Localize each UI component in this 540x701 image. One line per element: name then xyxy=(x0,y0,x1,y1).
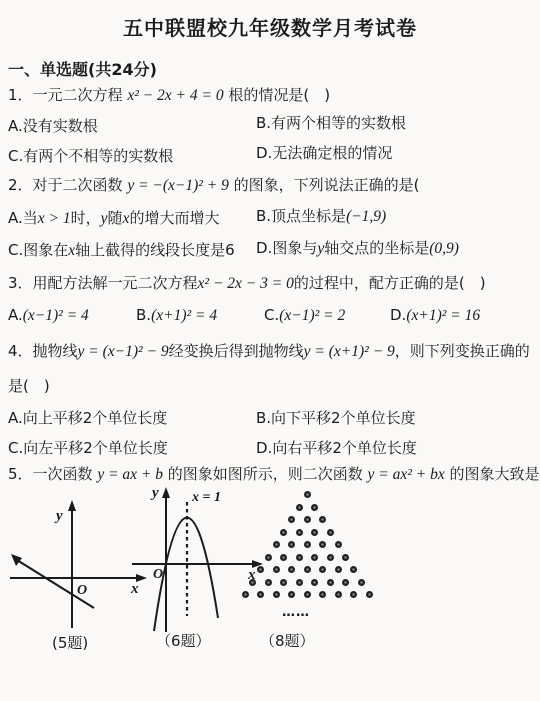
question-4-stem-line1: 4．抛物线y = (x−1)² − 9经变换后得到抛物线y = (x+1)² −… xyxy=(8,340,530,361)
text-segment: A.当 xyxy=(8,209,38,227)
math-segment: (x−1)² = 4 xyxy=(23,307,89,324)
question-1-stem: 1．一元二次方程 x² − 2x + 4 = 0 根的情况是( ) xyxy=(8,84,330,105)
question-2-stem: 2．对于二次函数 y = −(x−1)² + 9 的图象，下列说法正确的是( xyxy=(8,174,420,195)
dot-icon xyxy=(280,579,287,586)
question-3-option-a: A.(x−1)² = 4 xyxy=(8,306,89,325)
question-1-option-b: B.有两个相等的实数根 xyxy=(256,112,406,133)
text-segment: 是( ) xyxy=(8,377,50,395)
text-segment: 轴上截得的线段长度是6 xyxy=(75,241,235,259)
math-segment: (x−1)² = 2 xyxy=(279,307,345,324)
dot-icon xyxy=(288,541,295,548)
dot-icon xyxy=(319,516,326,523)
dot-icon xyxy=(358,579,365,586)
math-segment: y = ax + b xyxy=(97,466,163,483)
question-2-option-c: C.图象在x轴上截得的线段长度是6 xyxy=(8,239,235,260)
fig6-caption: （6题） xyxy=(156,630,211,651)
dot-icon xyxy=(257,591,264,598)
text-segment: B. xyxy=(136,306,151,324)
dot-icon xyxy=(304,516,311,523)
dot-icon xyxy=(319,591,326,598)
dot-icon xyxy=(335,541,342,548)
text-segment: A.没有实数根 xyxy=(8,117,98,135)
text-segment: C. xyxy=(264,306,279,324)
text-segment: D.向右平移2个单位长度 xyxy=(256,439,417,457)
question-5-stem: 5．一次函数 y = ax + b 的图象如图所示，则二次函数 y = ax² … xyxy=(8,463,540,484)
exam-page: 五中联盟校九年级数学月考试卷 一、单选题(共24分) 1．一元二次方程 x² −… xyxy=(0,0,540,701)
math-segment: (x+1)² = 4 xyxy=(151,307,217,324)
math-segment: x² − 2x − 3 = 0 xyxy=(198,275,294,292)
dot-row xyxy=(273,541,342,548)
text-segment: 轴交点的坐标是 xyxy=(324,239,429,257)
text-segment: 的过程中，配方正确的是( ) xyxy=(294,274,486,292)
page-title: 五中联盟校九年级数学月考试卷 xyxy=(0,12,540,41)
math-segment: x > 1 xyxy=(38,210,71,227)
dot-icon xyxy=(342,554,349,561)
dot-icon xyxy=(257,566,264,573)
text-segment: ，则下列变换正确的 xyxy=(395,342,530,360)
math-segment: y = −(x−1)² + 9 xyxy=(127,177,229,194)
question-2-option-b: B.顶点坐标是(−1,9) xyxy=(256,205,386,226)
text-segment: A.向上平移2个单位长度 xyxy=(8,409,167,427)
fig6-origin-label: O xyxy=(153,567,163,582)
text-segment: A. xyxy=(8,306,23,324)
dot-icon xyxy=(311,554,318,561)
dot-icon xyxy=(319,541,326,548)
dot-icon xyxy=(350,566,357,573)
text-segment: B.顶点坐标是 xyxy=(256,207,346,225)
text-segment: C.图象在 xyxy=(8,241,68,259)
dot-row xyxy=(257,566,357,573)
text-segment: 经变换后得到抛物线 xyxy=(169,342,304,360)
fig6-y-axis-arrow-icon xyxy=(162,487,170,498)
math-segment: (x+1)² = 16 xyxy=(406,307,480,324)
question-2-option-d: D.图象与y轴交点的坐标是(0,9) xyxy=(256,237,459,258)
dot-row xyxy=(280,529,334,536)
fig8-ellipsis: …… xyxy=(282,605,310,620)
fig5-y-axis-arrow-icon xyxy=(68,500,76,511)
figure-question8-dot-triangle xyxy=(236,491,378,598)
text-segment: 5．一次函数 xyxy=(8,465,97,483)
fig5-caption: (5题) xyxy=(52,632,88,653)
dot-icon xyxy=(311,529,318,536)
dot-icon xyxy=(296,529,303,536)
question-3-option-b: B.(x+1)² = 4 xyxy=(136,306,217,325)
math-segment: y = (x−1)² − 9 xyxy=(78,343,169,360)
question-4-option-d: D.向右平移2个单位长度 xyxy=(256,437,417,458)
question-1-option-c: C.有两个不相等的实数根 xyxy=(8,145,173,166)
dot-icon xyxy=(304,541,311,548)
dot-icon xyxy=(304,566,311,573)
text-segment: 的图象大致是( ) xyxy=(445,465,540,483)
dot-icon xyxy=(327,529,334,536)
text-segment: 的图象，下列说法正确的是( xyxy=(229,176,420,194)
dot-icon xyxy=(311,579,318,586)
dot-icon xyxy=(288,516,295,523)
dot-icon xyxy=(249,579,256,586)
dot-icon xyxy=(304,491,311,498)
math-segment: y = ax² + bx xyxy=(368,466,445,483)
dot-icon xyxy=(296,504,303,511)
dot-row xyxy=(242,591,373,598)
fig5-line-arrow-icon xyxy=(11,554,22,566)
text-segment: 随 xyxy=(108,209,123,227)
text-segment: 1．一元二次方程 xyxy=(8,86,127,104)
dot-icon xyxy=(265,554,272,561)
dot-icon xyxy=(288,591,295,598)
dot-row xyxy=(265,554,350,561)
question-4-option-b: B.向下平移2个单位长度 xyxy=(256,407,416,428)
text-segment: C.有两个不相等的实数根 xyxy=(8,147,173,165)
question-3-option-c: C.(x−1)² = 2 xyxy=(264,306,345,325)
dot-icon xyxy=(304,591,311,598)
math-segment: x² − 2x + 4 = 0 xyxy=(127,87,223,104)
fig5-y-axis-label: y xyxy=(54,508,63,524)
text-segment: 的图象如图所示，则二次函数 xyxy=(163,465,368,483)
math-segment: y xyxy=(101,210,108,227)
math-segment: y = (x+1)² − 9 xyxy=(304,343,395,360)
dot-icon xyxy=(296,579,303,586)
text-segment: C.向左平移2个单位长度 xyxy=(8,439,168,457)
dot-row xyxy=(296,504,319,511)
dot-icon xyxy=(319,566,326,573)
question-4-stem-line2: 是( ) xyxy=(8,375,50,396)
question-4-option-a: A.向上平移2个单位长度 xyxy=(8,407,167,428)
dot-row xyxy=(304,491,311,498)
fig6-y-axis-label: y xyxy=(150,485,159,501)
question-1-option-d: D.无法确定根的情况 xyxy=(256,142,392,163)
text-segment: B.有两个相等的实数根 xyxy=(256,114,406,132)
dot-icon xyxy=(366,591,373,598)
question-2-option-a: A.当x > 1时，y随x的增大而增大 xyxy=(8,207,219,228)
fig8-caption: （8题） xyxy=(260,630,315,651)
dot-icon xyxy=(342,579,349,586)
text-segment: B.向下平移2个单位长度 xyxy=(256,409,416,427)
text-segment: D. xyxy=(390,306,406,324)
text-segment: 的增大而增大 xyxy=(129,209,219,227)
text-segment: 时， xyxy=(71,209,101,227)
dot-icon xyxy=(273,541,280,548)
text-segment: D.无法确定根的情况 xyxy=(256,144,392,162)
dot-icon xyxy=(288,566,295,573)
dot-icon xyxy=(242,591,249,598)
dot-icon xyxy=(296,554,303,561)
dot-icon xyxy=(273,591,280,598)
dot-icon xyxy=(311,504,318,511)
dot-icon xyxy=(335,591,342,598)
text-segment: 根的情况是( ) xyxy=(224,86,330,104)
math-segment: (−1,9) xyxy=(346,208,386,225)
dot-icon xyxy=(273,566,280,573)
dot-icon xyxy=(327,579,334,586)
question-4-option-c: C.向左平移2个单位长度 xyxy=(8,437,168,458)
dot-icon xyxy=(280,529,287,536)
math-segment: (0,9) xyxy=(429,240,459,257)
fig5-origin-label: O xyxy=(77,583,87,598)
dot-icon xyxy=(350,591,357,598)
text-segment: 4．抛物线 xyxy=(8,342,78,360)
question-3-option-d: D.(x+1)² = 16 xyxy=(390,306,480,325)
dot-row xyxy=(288,516,326,523)
text-segment: 3．用配方法解一元二次方程 xyxy=(8,274,198,292)
question-1-option-a: A.没有实数根 xyxy=(8,115,98,136)
dot-row xyxy=(249,579,365,586)
dot-icon xyxy=(280,554,287,561)
section-heading: 一、单选题(共24分) xyxy=(8,57,157,80)
dot-icon xyxy=(327,554,334,561)
question-3-stem: 3．用配方法解一元二次方程x² − 2x − 3 = 0的过程中，配方正确的是(… xyxy=(8,272,486,293)
fig6-axis-annotation: x = 1 xyxy=(191,490,221,505)
dot-icon xyxy=(335,566,342,573)
dot-icon xyxy=(265,579,272,586)
text-segment: 2．对于二次函数 xyxy=(8,176,127,194)
text-segment: D.图象与 xyxy=(256,239,317,257)
